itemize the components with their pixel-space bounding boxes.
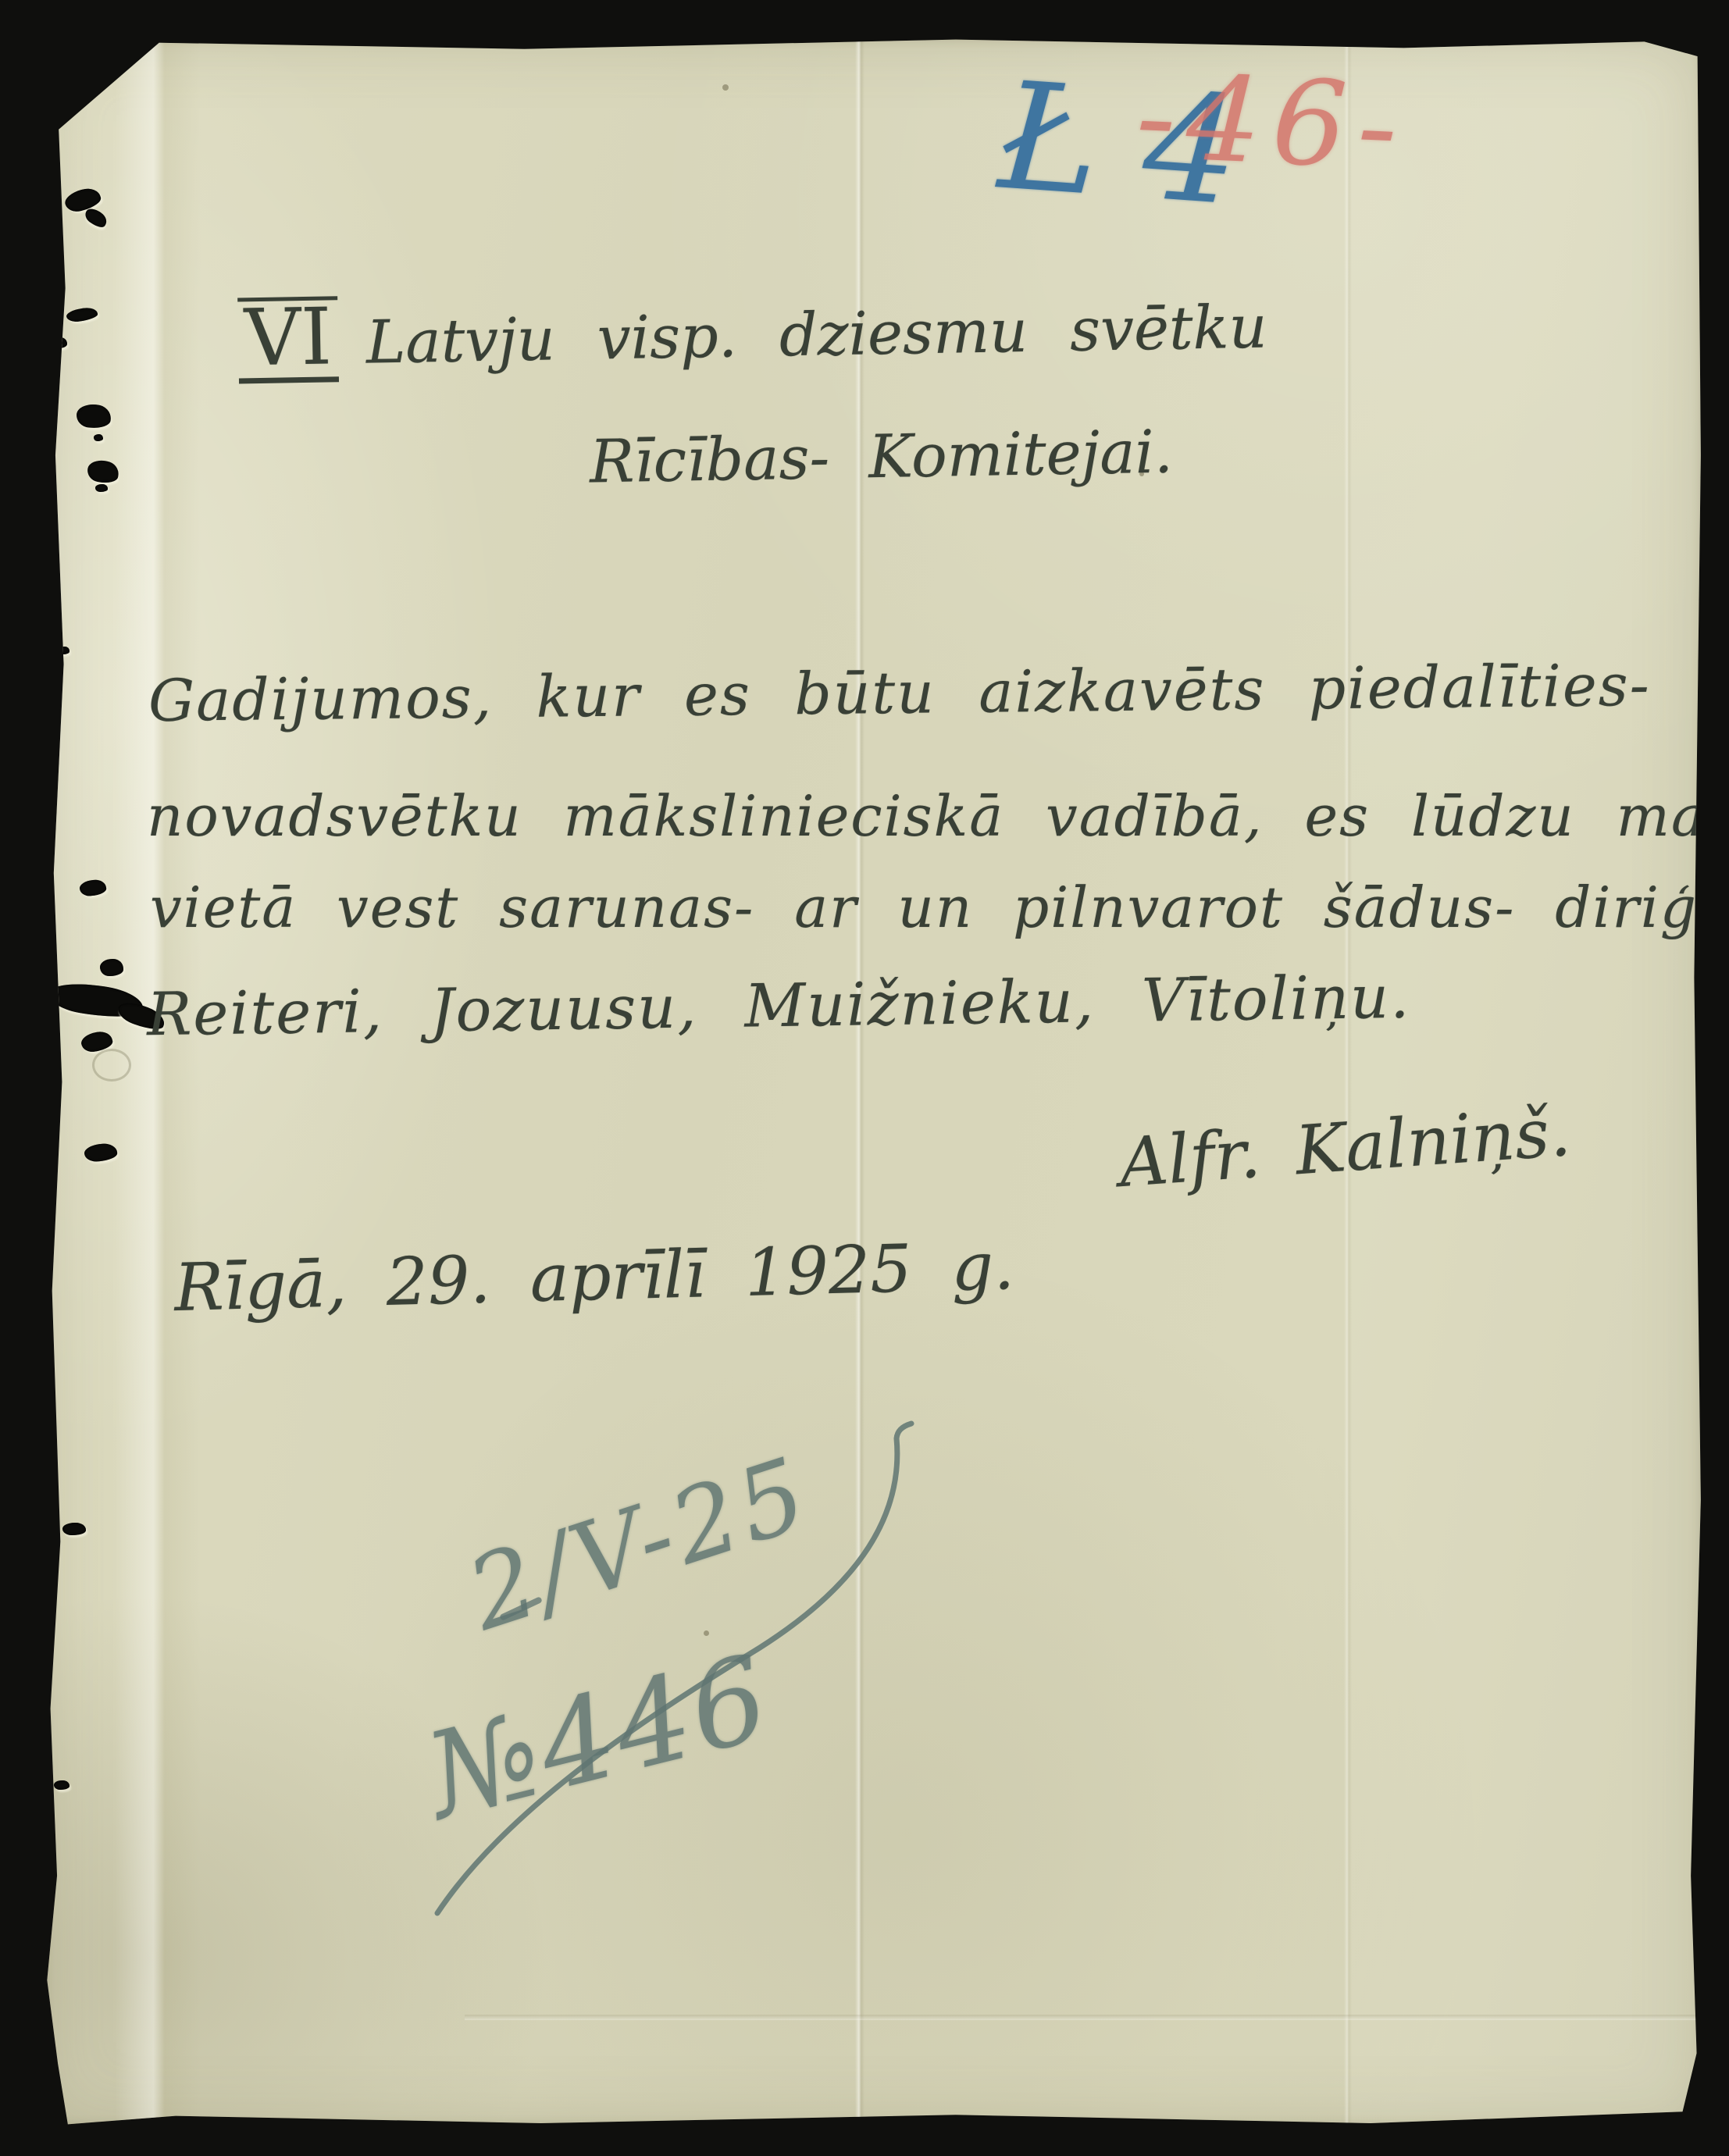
punch-hole <box>52 337 67 348</box>
body-line-3: vietā vest sarunas- ar un pilnvarot šādu… <box>150 875 1729 940</box>
pencil-registry-number: №446 <box>415 1630 784 1845</box>
dateline: Rīgā, 29. aprīlī 1925 g. <box>173 1228 1015 1326</box>
fold-crease-right <box>1344 37 1352 2126</box>
fold-crease-bottom <box>465 2015 1702 2020</box>
punch-hole <box>100 959 123 976</box>
punch-hole <box>62 1523 86 1535</box>
punch-hole <box>76 403 112 429</box>
document-page: Ł4 -46- VILatvju visp. dziesmu svētku Rī… <box>43 37 1702 2126</box>
body-line-1: Gadijumos, kur es būtu aizkavēts piedalī… <box>148 649 1729 735</box>
punch-hole <box>66 306 98 323</box>
heading-numeral: VI <box>237 296 339 383</box>
punch-hole <box>59 647 70 654</box>
punch-hole <box>54 1780 70 1790</box>
punch-hole <box>79 879 107 897</box>
paper-tone-right <box>1349 37 1702 2126</box>
signature: Alfr. Kalniņš. <box>1117 1093 1573 1203</box>
pencil-received-date: 2/V-25 <box>455 1435 824 1654</box>
punch-hole <box>37 332 62 349</box>
punch-hole <box>95 484 108 492</box>
paper-speck <box>722 84 729 91</box>
punch-hole <box>86 458 120 486</box>
red-folio-number: -46- <box>1133 48 1411 196</box>
body-line-4: Reiteri, Jozuusu, Muižnieku, Vītoliņu. <box>146 962 1410 1049</box>
heading-line-1: VILatvju visp. dziesmu svētku <box>237 280 1267 384</box>
body-line-2: novadsvētku mākslinieciskā vadībā, es lū… <box>147 783 1729 849</box>
punch-hole <box>94 434 103 441</box>
hole-impression <box>92 1049 131 1082</box>
paper-speck <box>704 1630 709 1636</box>
fold-crease-left <box>115 37 201 2126</box>
heading-line-2: Rīcības- Komitejai. <box>589 416 1173 496</box>
punch-hole <box>84 1142 118 1163</box>
heading-line-1-text: Latvju visp. dziesmu svētku <box>365 292 1267 377</box>
scanner-backdrop: Ł4 -46- VILatvju visp. dziesmu svētku Rī… <box>0 0 1729 2156</box>
